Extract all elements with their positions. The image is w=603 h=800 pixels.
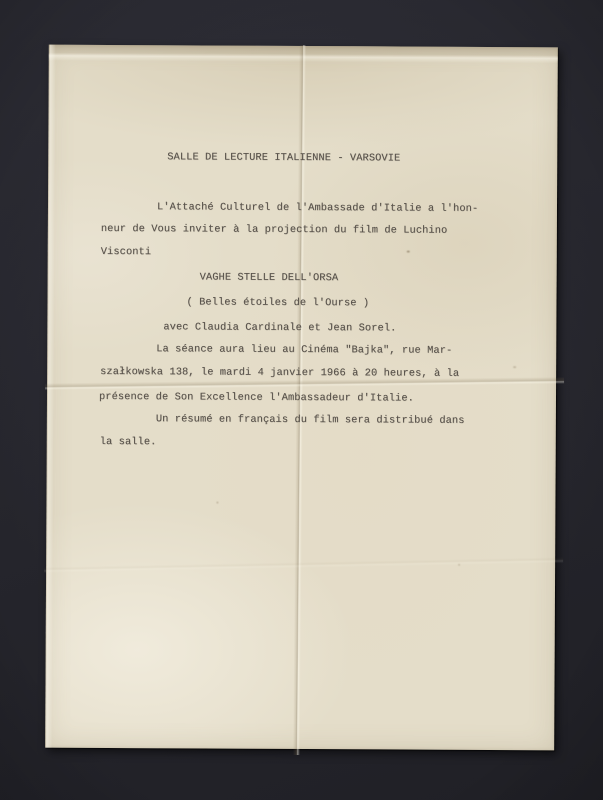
- letter-line-film-title: VAGHE STELLE DELL'ORSA: [200, 271, 339, 285]
- paper-speck: [407, 251, 410, 253]
- letter-line-presence: présence de Son Excellence l'Ambassadeur…: [99, 391, 414, 406]
- letter-line-director: Visconti: [101, 246, 151, 259]
- scan-root: { "letter": { "heading": "SALLE DE LECTU…: [0, 0, 603, 800]
- paper-speck: [513, 366, 516, 368]
- faint-fold-crease: [44, 557, 563, 573]
- letter-line-date: szałkowska 138, le mardi 4 janvier 1966 …: [100, 366, 459, 381]
- letter-line-intro: L'Attaché Culturel de l'Ambassade d'Ital…: [157, 201, 478, 216]
- letter-line-venue: La séance aura lieu au Cinéma "Bajka", r…: [156, 343, 452, 358]
- letter-line-resume-cont: la salle.: [100, 436, 157, 449]
- letter-line-film-subtitle: ( Belles étoiles de l'Ourse ): [186, 296, 369, 310]
- paper-speck: [458, 564, 460, 566]
- paper-speck: [216, 502, 218, 504]
- letter-heading: SALLE DE LECTURE ITALIENNE - VARSOVIE: [167, 151, 400, 165]
- letter-line-cast: avec Claudia Cardinale et Jean Sorel.: [163, 321, 396, 335]
- photo-backdrop: SALLE DE LECTURE ITALIENNE - VARSOVIE L'…: [0, 0, 603, 800]
- paper-left-edge-highlight: [46, 45, 56, 748]
- letter-paper: SALLE DE LECTURE ITALIENNE - VARSOVIE L'…: [45, 45, 558, 751]
- letter-line-intro-cont: neur de Vous inviter à la projection du …: [101, 223, 448, 238]
- letter-line-resume: Un résumé en français du film sera distr…: [156, 413, 465, 428]
